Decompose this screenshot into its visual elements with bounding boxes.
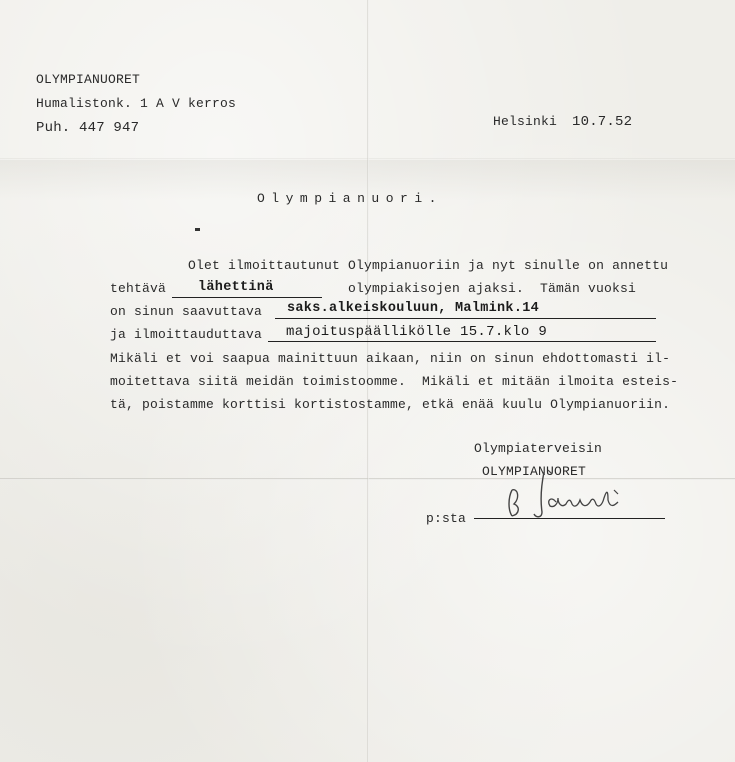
letter-page: OLYMPIANUORET Humalistonk. 1 A V kerros …	[0, 0, 735, 762]
signature-label: p:sta	[426, 511, 466, 527]
arrive-label: on sinun saavuttava	[110, 304, 262, 320]
task-value: lähettinä	[198, 280, 322, 295]
letterhead-phone: Puh. 447 947	[36, 120, 139, 136]
para2-line-1: Mikäli et voi saapua mainittuun aikaan, …	[110, 351, 670, 367]
place: Helsinki	[493, 114, 557, 130]
task-suffix: olympiakisojen ajaksi. Tämän vuoksi	[348, 281, 636, 297]
letterhead-address: Humalistonk. 1 A V kerros	[36, 96, 236, 112]
salutation: Olympianuori.	[257, 191, 443, 207]
para2-line-3: tä, poistamme korttisi kortistostamme, e…	[110, 397, 670, 413]
report-field: majoituspäällikölle 15.7.klo 9	[268, 325, 656, 342]
task-label: tehtävä	[110, 281, 166, 297]
letterhead-organization: OLYMPIANUORET	[36, 72, 140, 88]
body-line-1: Olet ilmoittautunut Olympianuoriin ja ny…	[188, 258, 668, 274]
report-value: majoituspäällikölle 15.7.klo 9	[286, 324, 656, 340]
arrive-field: saks.alkeiskouluun, Malmink.14	[275, 302, 656, 319]
date: 10.7.52	[572, 114, 632, 130]
handwritten-signature-icon	[500, 468, 660, 528]
stray-ink-mark	[195, 228, 200, 231]
report-label: ja ilmoittauduttava	[110, 327, 262, 343]
arrive-value: saks.alkeiskouluun, Malmink.14	[287, 301, 656, 316]
para2-line-2: moitettava siitä meidän toimistoomme. Mi…	[110, 374, 678, 390]
closing-greeting: Olympiaterveisin	[474, 441, 602, 457]
task-field: lähettinä	[172, 281, 322, 298]
